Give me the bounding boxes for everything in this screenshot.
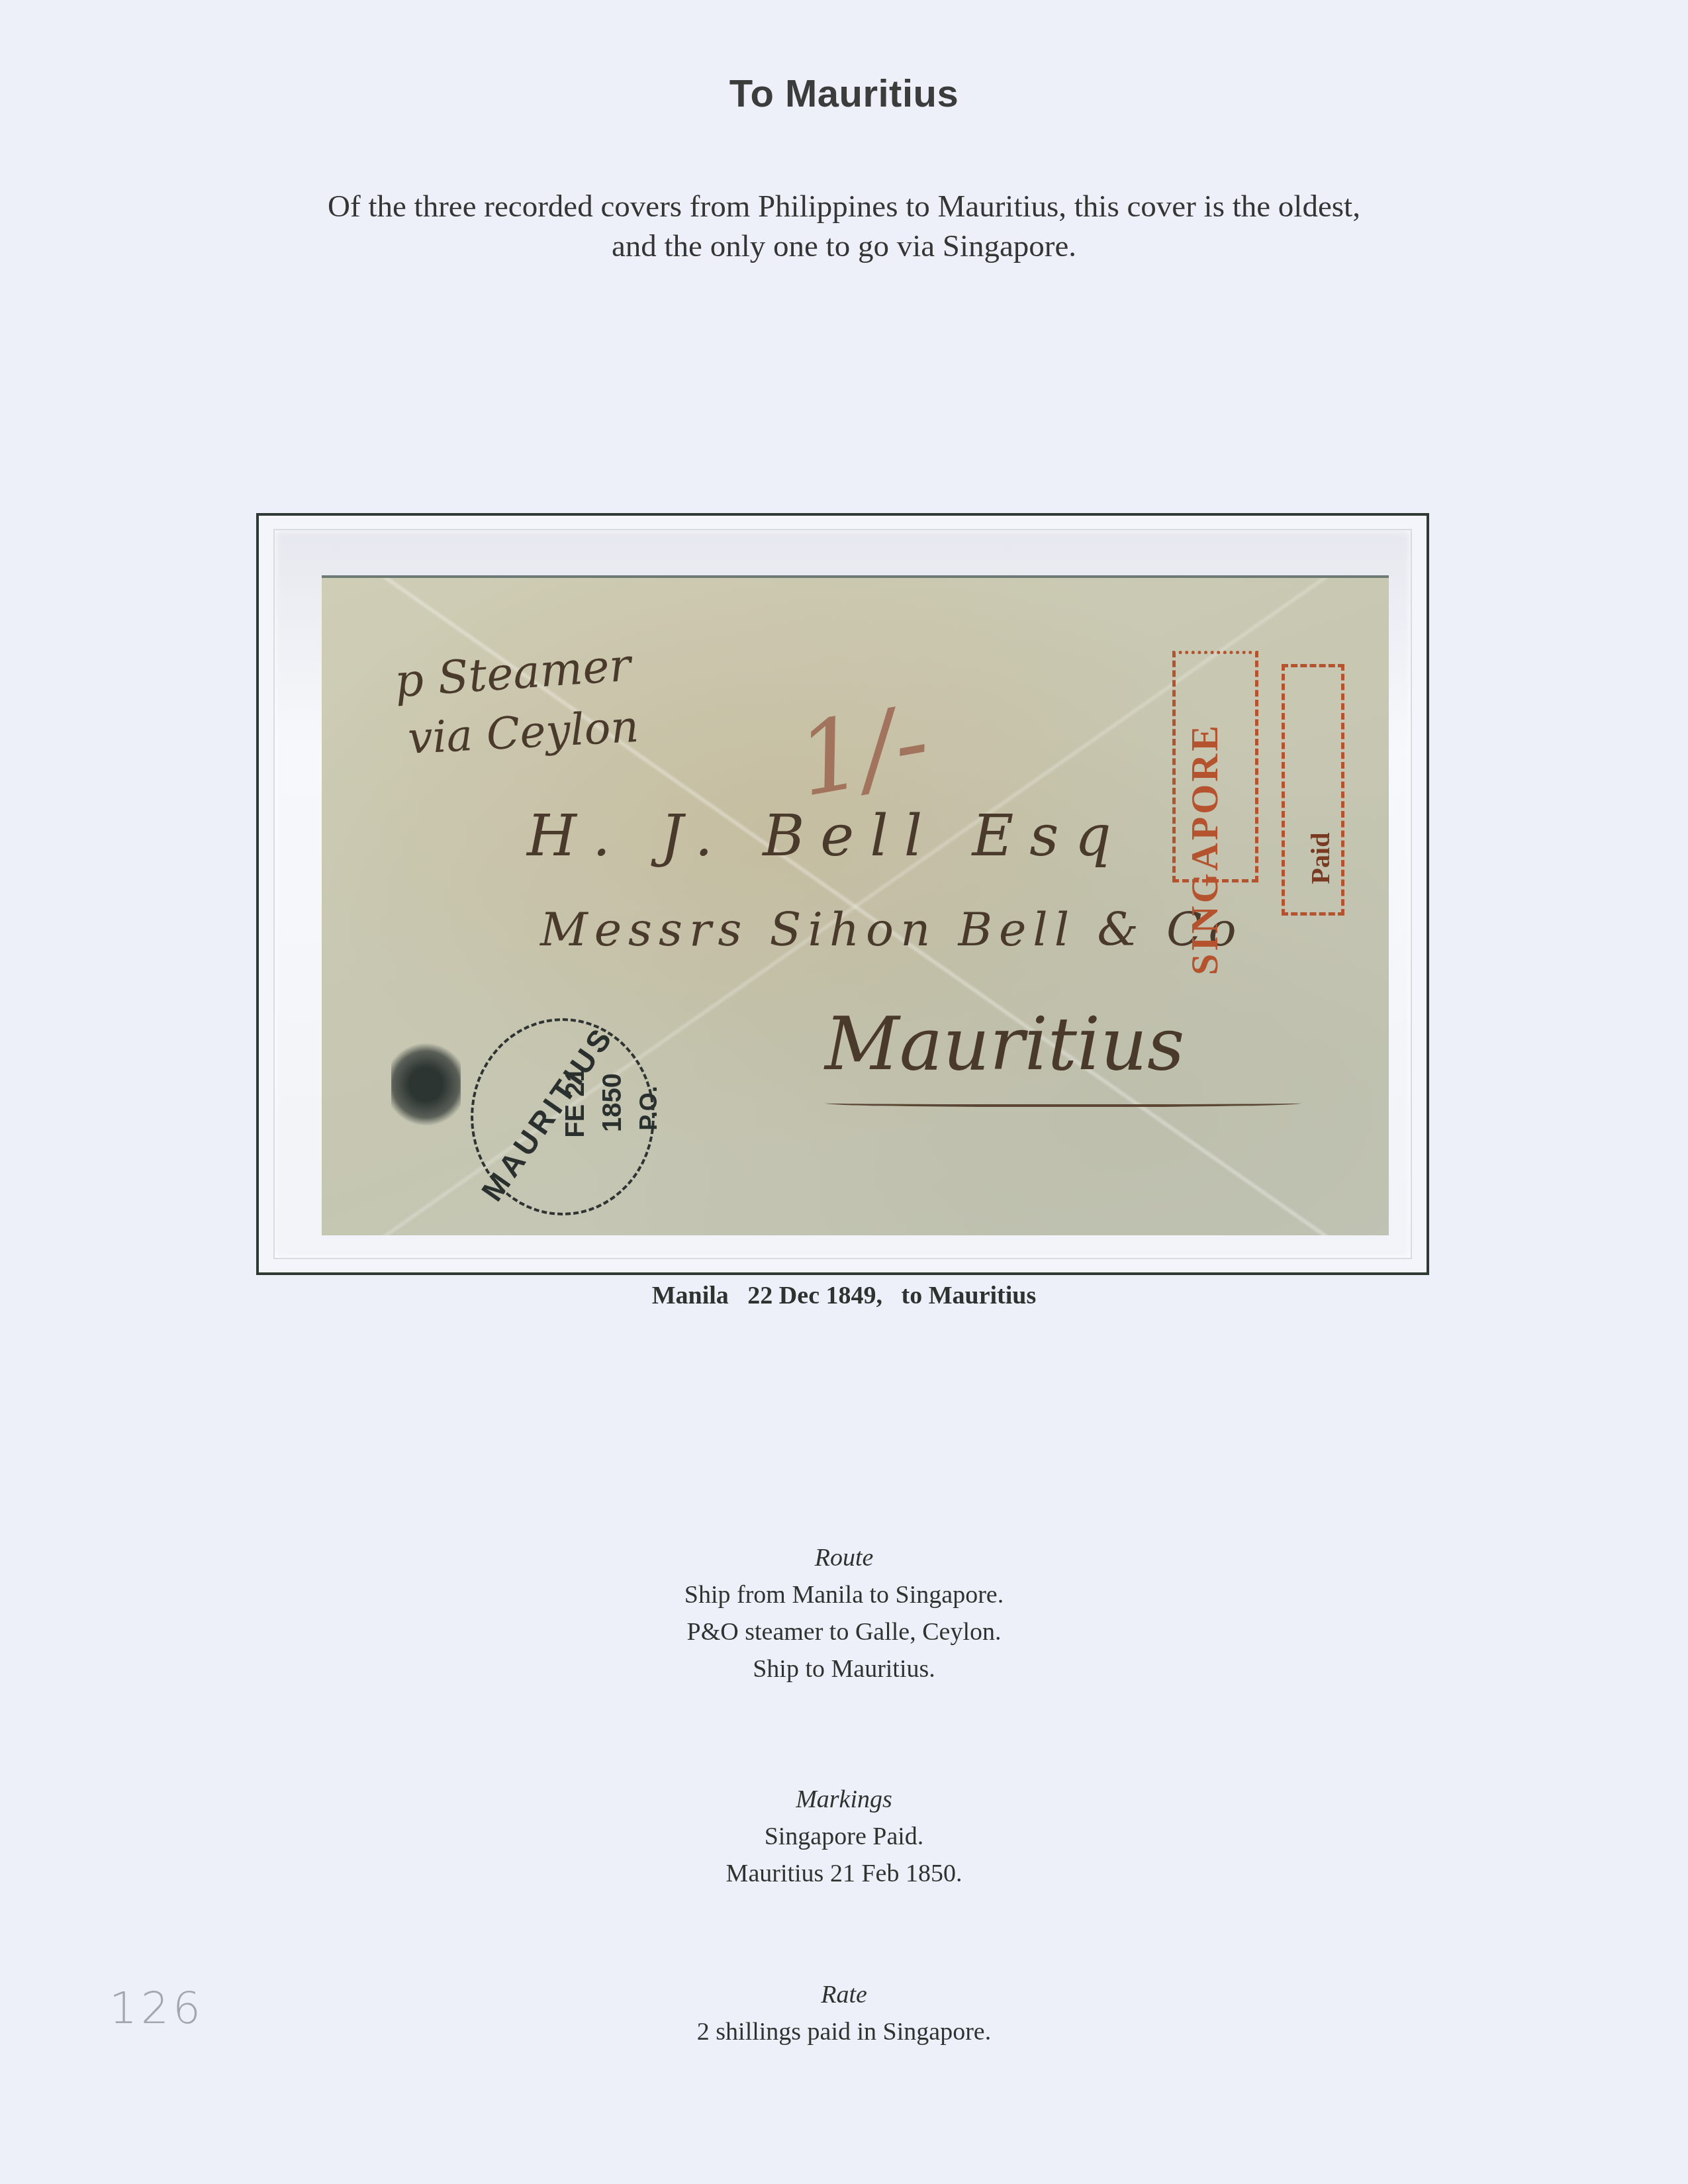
postmark-year: 1850 bbox=[598, 1073, 628, 1132]
intro-line: Of the three recorded covers from Philip… bbox=[0, 187, 1688, 226]
manuscript-destination: Mauritius bbox=[825, 1002, 1185, 1086]
page-title: To Mauritius bbox=[0, 71, 1688, 116]
rate-heading: Rate bbox=[0, 1976, 1688, 2013]
markings-line: Mauritius 21 Feb 1850. bbox=[0, 1855, 1688, 1892]
cover-frame: p Steamer via Ceylon 1/- H. J. Bell Esq … bbox=[256, 513, 1429, 1275]
rate-line: 2 shillings paid in Singapore. bbox=[0, 2013, 1688, 2050]
manuscript-addressee: H. J. Bell Esq bbox=[527, 803, 1127, 869]
route-heading: Route bbox=[0, 1539, 1688, 1576]
crown-handstamp-icon bbox=[391, 1041, 461, 1127]
manuscript-routing-steamer: p Steamer bbox=[393, 640, 633, 708]
route-line: P&O steamer to Galle, Ceylon. bbox=[0, 1613, 1688, 1650]
postmark-code: P.O. bbox=[635, 1086, 663, 1130]
intro-text: Of the three recorded covers from Philip… bbox=[0, 187, 1688, 266]
manuscript-routing-via: via Ceylon bbox=[406, 701, 639, 764]
manuscript-rate-mark: 1/- bbox=[789, 683, 937, 820]
cover-caption: Manila 22 Dec 1849, to Mauritius bbox=[0, 1281, 1688, 1310]
paid-handstamp: Paid bbox=[1305, 833, 1336, 884]
manuscript-firm: Messrs Sihon Bell & Co bbox=[540, 902, 1243, 957]
singapore-handstamp: SINGAPORE bbox=[1182, 757, 1227, 975]
rate-section: Rate 2 shillings paid in Singapore. bbox=[0, 1976, 1688, 2050]
markings-section: Markings Singapore Paid. Mauritius 21 Fe… bbox=[0, 1781, 1688, 1892]
page-number: 126 bbox=[109, 1983, 205, 2034]
intro-line: and the only one to go via Singapore. bbox=[0, 226, 1688, 266]
postal-cover-image: p Steamer via Ceylon 1/- H. J. Bell Esq … bbox=[322, 575, 1389, 1235]
route-section: Route Ship from Manila to Singapore. P&O… bbox=[0, 1539, 1688, 1687]
route-line: Ship from Manila to Singapore. bbox=[0, 1576, 1688, 1613]
postmark-date: FE 21 bbox=[561, 1067, 590, 1138]
destination-underline bbox=[825, 1098, 1301, 1107]
markings-heading: Markings bbox=[0, 1781, 1688, 1818]
route-line: Ship to Mauritius. bbox=[0, 1650, 1688, 1687]
markings-line: Singapore Paid. bbox=[0, 1818, 1688, 1855]
